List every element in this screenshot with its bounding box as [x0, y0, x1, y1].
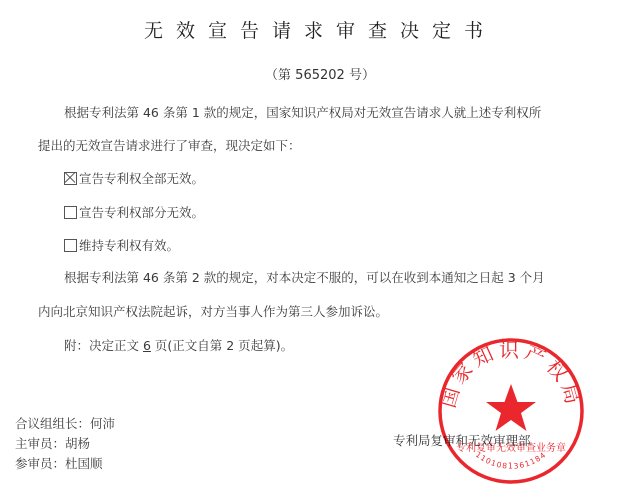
checkbox-checked-icon: [64, 172, 77, 185]
checkbox-empty-icon: [64, 239, 77, 252]
option-invalid-partial: 宣告专利权部分无效。: [64, 203, 204, 221]
attachment-note: 附：决定正文 6 页(正文自第 2 页起算)。: [64, 336, 293, 354]
attachment-page-count: 6: [143, 338, 151, 353]
paragraph-2-line-1: 根据专利法第 46 条第 2 款的规定，对本决定不服的，可以在收到本通知之日起 …: [64, 268, 545, 286]
document-title: 无效宣告请求审查决定书: [0, 16, 640, 43]
document-number: （第 565202 号）: [0, 64, 640, 83]
attachment-suffix: 页(正文自第 2 页起算)。: [151, 338, 293, 353]
seal-inner-text: 专利复审无效审查业务章: [456, 441, 566, 454]
paragraph-1-line-2: 提出的无效宣告请求进行了审查，现决定如下：: [38, 136, 301, 154]
paragraph-1-line-1: 根据专利法第 46 条第 1 款的规定，国家知识产权局对无效宣告请求人就上述专利…: [64, 103, 541, 121]
attachment-prefix: 附：决定正文: [64, 338, 143, 353]
option-maintain-valid: 维持专利权有效。: [64, 236, 179, 254]
examiner: 参审员：杜国顺: [15, 454, 103, 472]
paragraph-2-line-2: 内向北京知识产权法院起诉，对方当事人作为第三人参加诉讼。: [38, 302, 388, 320]
panel-leader: 合议组组长：何沛: [15, 414, 115, 432]
checkbox-empty-icon: [64, 206, 77, 219]
option-invalid-all: 宣告专利权全部无效。: [64, 169, 204, 187]
official-seal-icon: 国家知识产权局 专利复审无效审查业务章 1101081361184: [436, 336, 586, 486]
option-label: 宣告专利权全部无效。: [79, 169, 204, 187]
option-label: 维持专利权有效。: [79, 236, 179, 254]
chief-examiner: 主审员：胡杨: [15, 434, 90, 452]
option-label: 宣告专利权部分无效。: [79, 203, 204, 221]
